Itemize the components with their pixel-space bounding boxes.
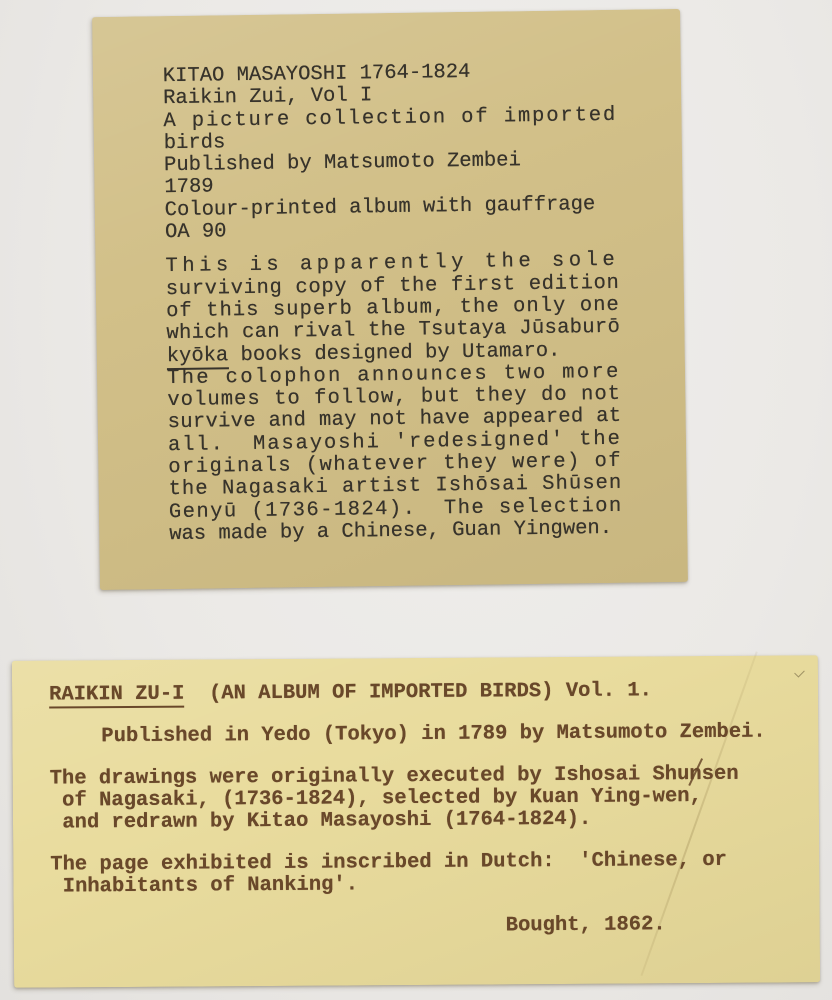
text-line: RAIKIN ZU-I (AN ALBUM OF IMPORTED BIRDS)… [49,680,771,707]
text-line: was made by a Chinese, Guan Yingwen. [169,518,623,547]
text-line: Inhabitants of Nanking'. [50,872,772,899]
text-line: and redrawn by Kitao Masayoshi (1764-182… [50,808,772,835]
correction-slash-mark: n [689,764,701,786]
top-label-text: KITAO MASAYOSHI 1764-1824Raikin Zui, Vol… [163,60,624,547]
text-line: Bought, 1862. [51,914,773,941]
underlined-text: RAIKIN ZU-I [49,683,184,709]
bottom-label-card: RAIKIN ZU-I (AN ALBUM OF IMPORTED BIRDS)… [12,655,820,988]
pencil-check-mark [794,667,805,678]
text-line: Published in Yedo (Tokyo) in 1789 by Mat… [49,722,771,749]
top-label-card: KITAO MASAYOSHI 1764-1824Raikin Zui, Vol… [92,9,688,590]
bottom-label-text: RAIKIN ZU-I (AN ALBUM OF IMPORTED BIRDS)… [49,680,773,941]
photo-background: KITAO MASAYOSHI 1764-1824Raikin Zui, Vol… [0,0,832,1000]
